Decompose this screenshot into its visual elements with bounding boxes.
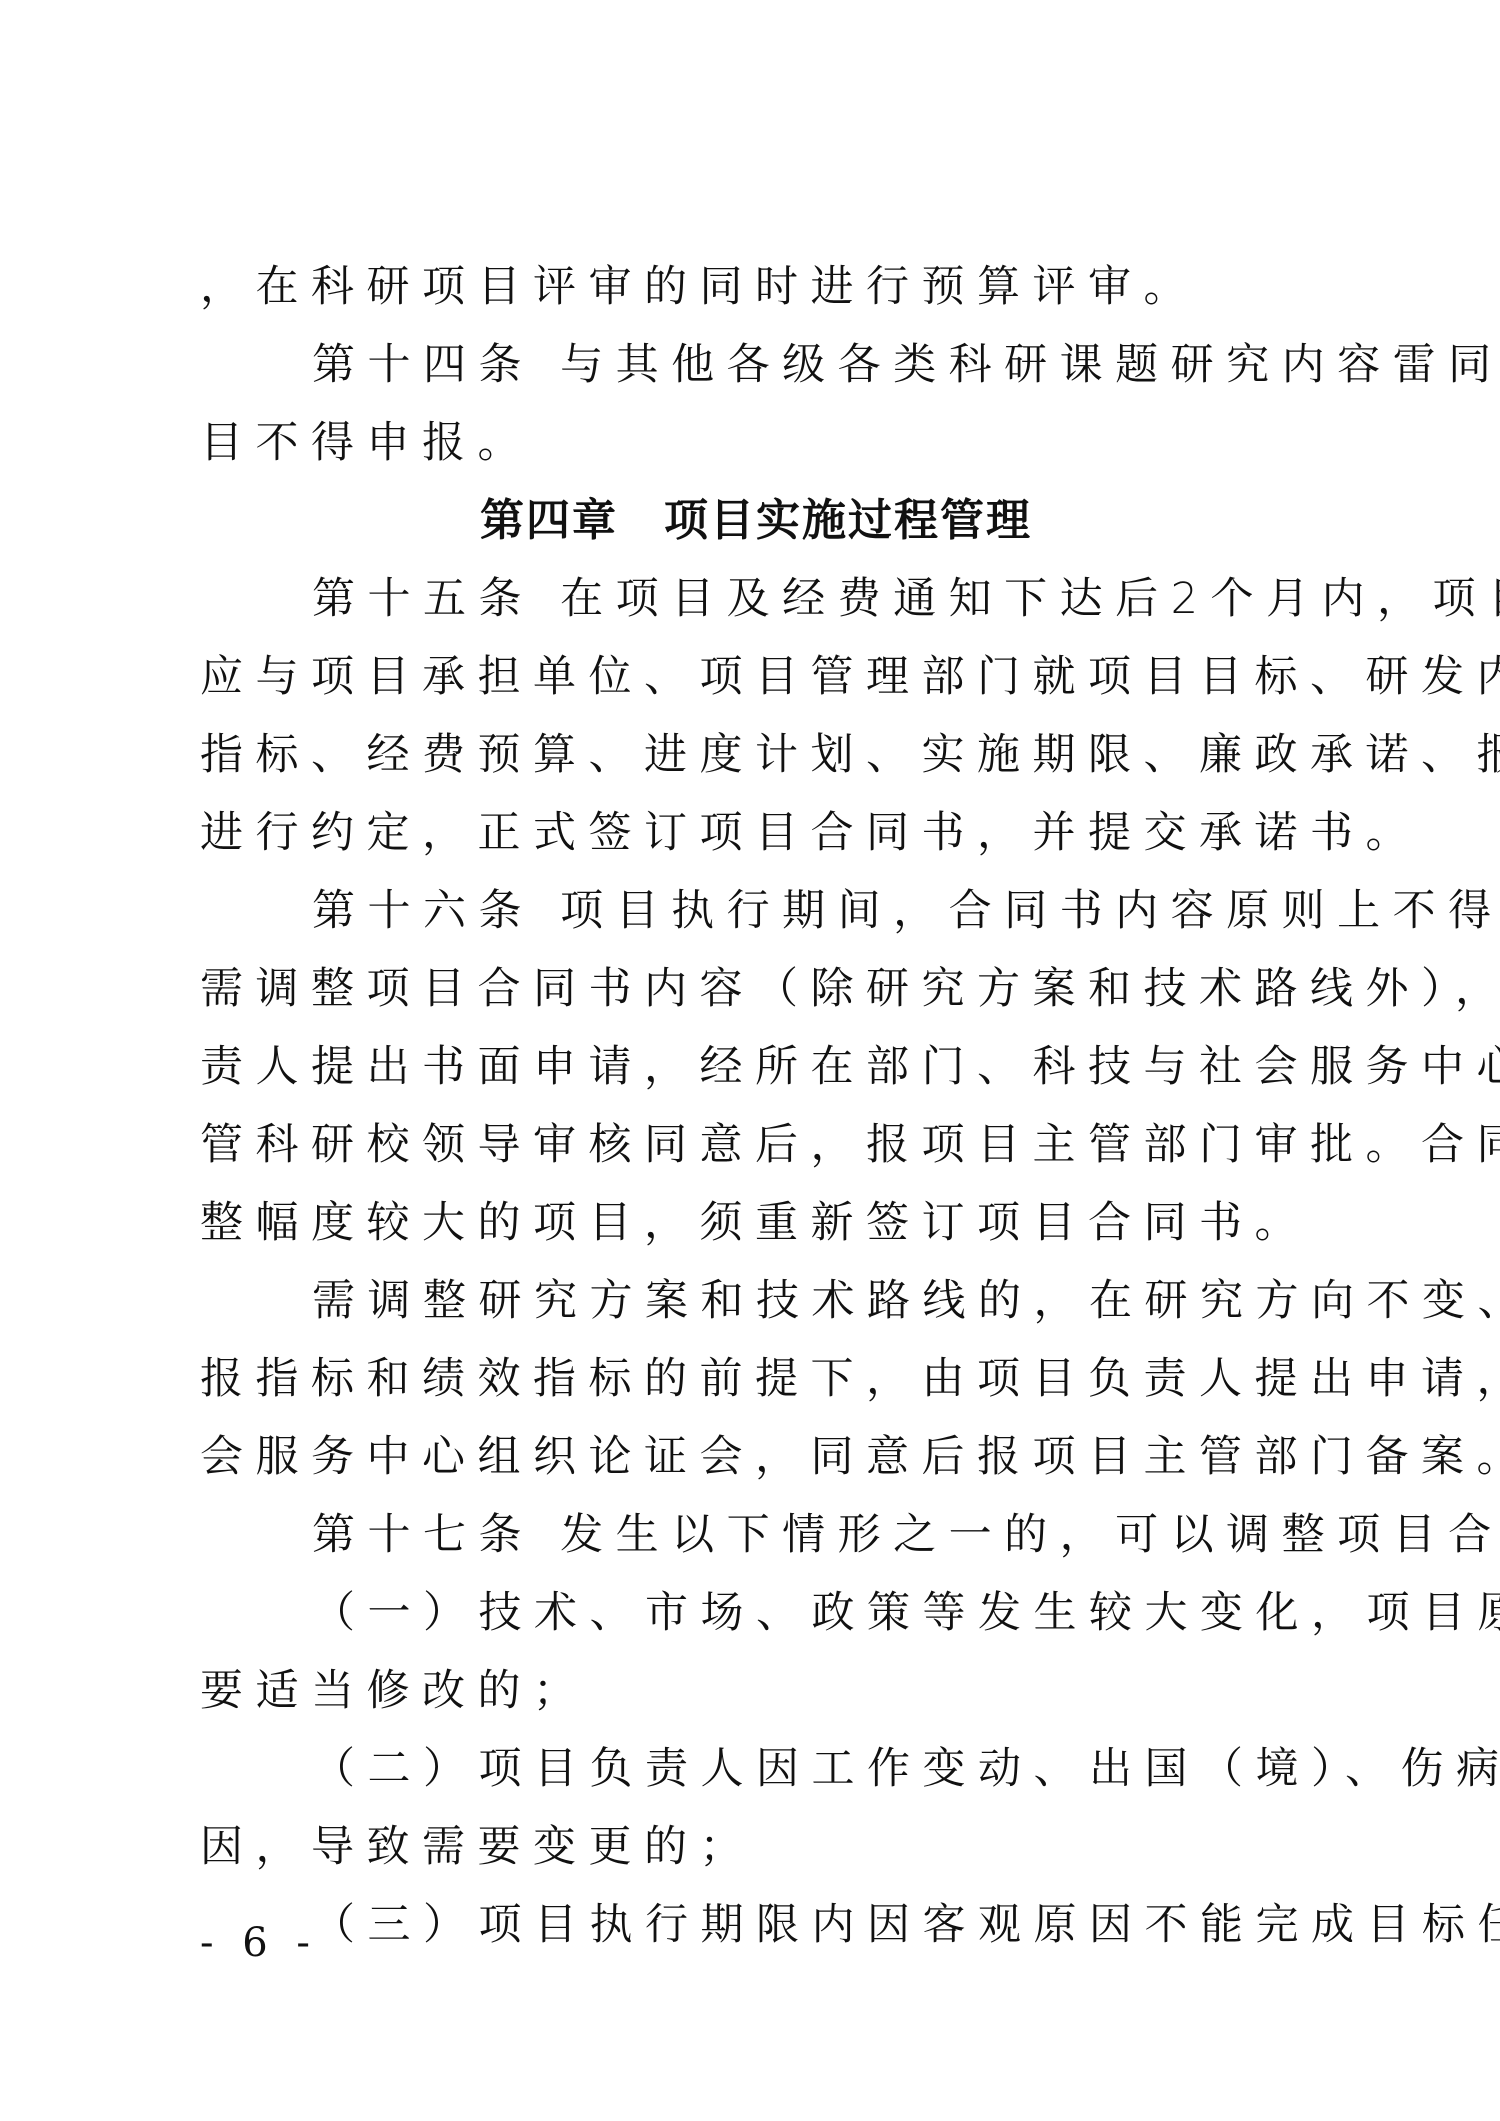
text-line: 会服务中心组织论证会，同意后报项目主管部门备案。 <box>200 1418 1312 1496</box>
page-number: - 6 - <box>200 1920 318 1966</box>
text-line: 目不得申报。 <box>200 404 1312 482</box>
list-item-1: （一）技术、市场、政策等发生较大变化，项目原定目标需 <box>200 1574 1312 1652</box>
text-line: 指标、经费预算、进度计划、实施期限、廉政承诺、报告等内容 <box>200 716 1312 794</box>
article-16: 第十六条 项目执行期间，合同书内容原则上不得调整。确 <box>200 872 1312 950</box>
list-item-2: （二）项目负责人因工作变动、出国（境）、伤病及其他原 <box>200 1730 1312 1808</box>
text-line: 因，导致需要变更的； <box>200 1808 1312 1886</box>
text-line: ，在科研项目评审的同时进行预算评审。 <box>200 248 1312 326</box>
paragraph: 需调整研究方案和技术路线的，在研究方向不变、不降低申 <box>200 1262 1312 1340</box>
text-line: 需调整项目合同书内容（除研究方案和技术路线外），由项目负 <box>200 950 1312 1028</box>
text-line: 管科研校领导审核同意后，报项目主管部门审批。合同书内容调 <box>200 1106 1312 1184</box>
text-line: 整幅度较大的项目，须重新签订项目合同书。 <box>200 1184 1312 1262</box>
document-page: ，在科研项目评审的同时进行预算评审。 第十四条 与其他各级各类科研课题研究内容雷… <box>0 0 1500 2121</box>
text-line: 进行约定，正式签订项目合同书，并提交承诺书。 <box>200 794 1312 872</box>
article-15: 第十五条 在项目及经费通知下达后2个月内，项目负责人 <box>200 560 1312 638</box>
article-17: 第十七条 发生以下情形之一的，可以调整项目合同书内容。 <box>200 1496 1312 1574</box>
text-line: 报指标和绩效指标的前提下，由项目负责人提出申请，科技与社 <box>200 1340 1312 1418</box>
document-body: ，在科研项目评审的同时进行预算评审。 第十四条 与其他各级各类科研课题研究内容雷… <box>200 248 1312 1964</box>
text-line: 要适当修改的； <box>200 1652 1312 1730</box>
text-line: 应与项目承担单位、项目管理部门就项目目标、研发内容、考核 <box>200 638 1312 716</box>
chapter-heading: 第四章 项目实施过程管理 <box>200 482 1312 560</box>
article-14: 第十四条 与其他各级各类科研课题研究内容雷同重复的项 <box>200 326 1312 404</box>
text-line: 责人提出书面申请，经所在部门、科技与社会服务中心、学院分 <box>200 1028 1312 1106</box>
list-item-3: （三）项目执行期限内因客观原因不能完成目标任务，需要 <box>200 1886 1312 1964</box>
